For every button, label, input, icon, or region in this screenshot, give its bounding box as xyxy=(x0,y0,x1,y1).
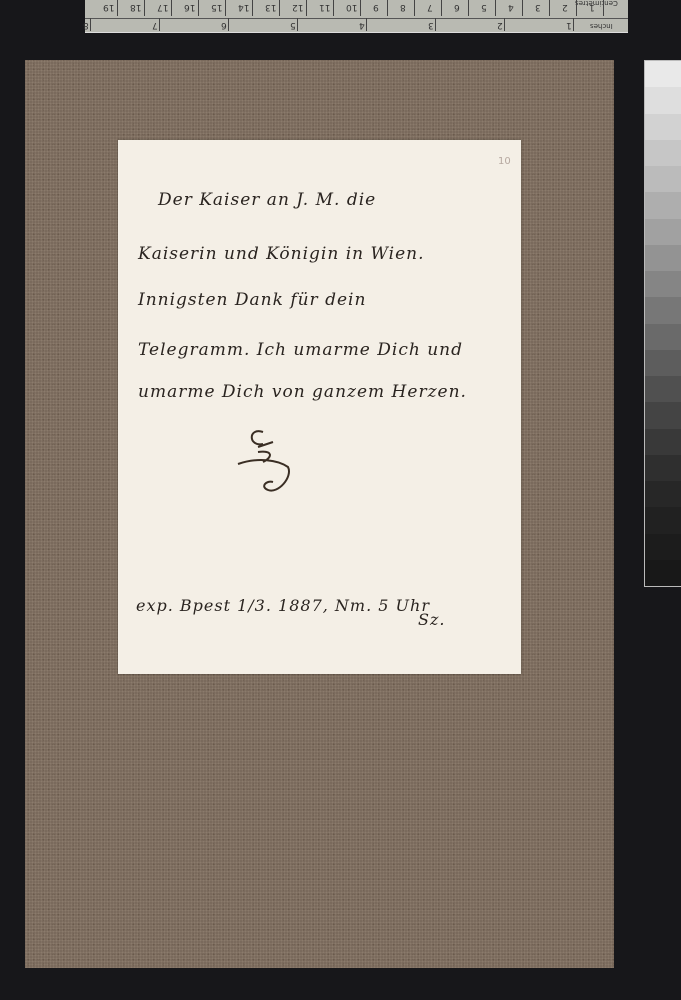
cm-tick xyxy=(414,0,415,16)
gray-patch xyxy=(645,192,681,218)
inch-tick xyxy=(297,18,298,31)
inch-tick-label: 3 xyxy=(428,20,434,30)
cm-tick-label: 9 xyxy=(373,2,379,12)
cm-tick xyxy=(252,0,253,16)
gray-patch xyxy=(645,271,681,297)
inch-tick-label: 8 xyxy=(83,20,89,30)
gray-patch xyxy=(645,87,681,113)
inch-tick-label: 2 xyxy=(497,20,503,30)
cm-tick-label: 5 xyxy=(481,2,487,12)
gray-patch xyxy=(645,324,681,350)
dispatch-annotation: exp. Bpest 1/3. 1887, Nm. 5 Uhr xyxy=(136,596,430,615)
cm-tick-label: 3 xyxy=(535,2,541,12)
cm-tick-label: 14 xyxy=(238,2,249,12)
cm-tick xyxy=(198,0,199,16)
letter-page: 10 Der Kaiser an J. M. die Kaiserin und … xyxy=(118,140,521,674)
cm-tick xyxy=(171,0,172,16)
cm-tick-label: 8 xyxy=(400,2,406,12)
cm-tick xyxy=(306,0,307,16)
gray-patch xyxy=(645,140,681,166)
letter-line-3: Innigsten Dank für dein xyxy=(138,290,366,310)
gray-patch xyxy=(645,114,681,140)
gray-patch xyxy=(645,534,681,560)
page-number: 10 xyxy=(498,156,511,167)
cm-tick-label: 7 xyxy=(427,2,433,12)
inch-tick-label: 7 xyxy=(152,20,158,30)
gray-patch xyxy=(645,219,681,245)
gray-patch xyxy=(645,481,681,507)
inch-tick-label: 1 xyxy=(566,20,572,30)
annotation-initials: Sz. xyxy=(418,610,445,629)
gray-patch xyxy=(645,429,681,455)
grayscale-calibration-strip xyxy=(644,60,681,587)
gray-patch xyxy=(645,245,681,271)
cm-tick xyxy=(117,0,118,16)
gray-patch xyxy=(645,350,681,376)
cm-tick-label: 16 xyxy=(184,2,195,12)
cm-tick-label: 11 xyxy=(319,2,330,12)
measurement-ruler: Centimetres Inches 191817161514131211109… xyxy=(85,0,628,33)
cm-tick xyxy=(522,0,523,16)
inch-tick-label: 6 xyxy=(221,20,227,30)
cm-tick xyxy=(603,0,604,16)
gray-patch xyxy=(645,560,681,586)
letter-line-2: Kaiserin und Königin in Wien. xyxy=(138,244,425,264)
gray-patch xyxy=(645,455,681,481)
cm-tick xyxy=(549,0,550,16)
gray-patch xyxy=(645,507,681,533)
inch-tick xyxy=(90,18,91,31)
cm-label: Centimetres xyxy=(575,0,618,7)
inch-tick-label: 4 xyxy=(359,20,365,30)
cm-tick xyxy=(144,0,145,16)
inch-label: Inches xyxy=(590,22,613,30)
cm-tick-label: 17 xyxy=(157,2,168,12)
gray-patch xyxy=(645,297,681,323)
cm-tick-label: 18 xyxy=(130,2,141,12)
monogram-signature-icon xyxy=(218,422,298,502)
gray-patch xyxy=(645,376,681,402)
inch-tick xyxy=(435,18,436,31)
cm-tick-label: 4 xyxy=(508,2,514,12)
cm-tick-label: 10 xyxy=(346,2,357,12)
cm-tick-label: 6 xyxy=(454,2,460,12)
cm-tick-label: 2 xyxy=(562,2,568,12)
cm-tick xyxy=(225,0,226,16)
gray-patch xyxy=(645,61,681,87)
gray-patch xyxy=(645,402,681,428)
cm-tick xyxy=(279,0,280,16)
cm-tick xyxy=(495,0,496,16)
cm-tick xyxy=(576,0,577,16)
cm-tick-label: 19 xyxy=(103,2,114,12)
cm-tick xyxy=(360,0,361,16)
inch-tick xyxy=(573,18,574,31)
letter-line-4: Telegramm. Ich umarme Dich und xyxy=(138,340,463,360)
gray-patch xyxy=(645,166,681,192)
cm-tick xyxy=(387,0,388,16)
cm-tick-label: 15 xyxy=(211,2,222,12)
letter-line-5: umarme Dich von ganzem Herzen. xyxy=(138,382,467,402)
inch-tick xyxy=(228,18,229,31)
cm-tick-label: 12 xyxy=(292,2,303,12)
inch-tick xyxy=(366,18,367,31)
inch-tick xyxy=(504,18,505,31)
cm-tick xyxy=(333,0,334,16)
letter-line-1: Der Kaiser an J. M. die xyxy=(158,190,376,210)
cm-tick-label: 1 xyxy=(589,2,595,12)
cm-tick xyxy=(441,0,442,16)
cm-tick-label: 13 xyxy=(265,2,276,12)
cm-tick xyxy=(468,0,469,16)
inch-tick-label: 5 xyxy=(290,20,296,30)
inch-tick xyxy=(159,18,160,31)
